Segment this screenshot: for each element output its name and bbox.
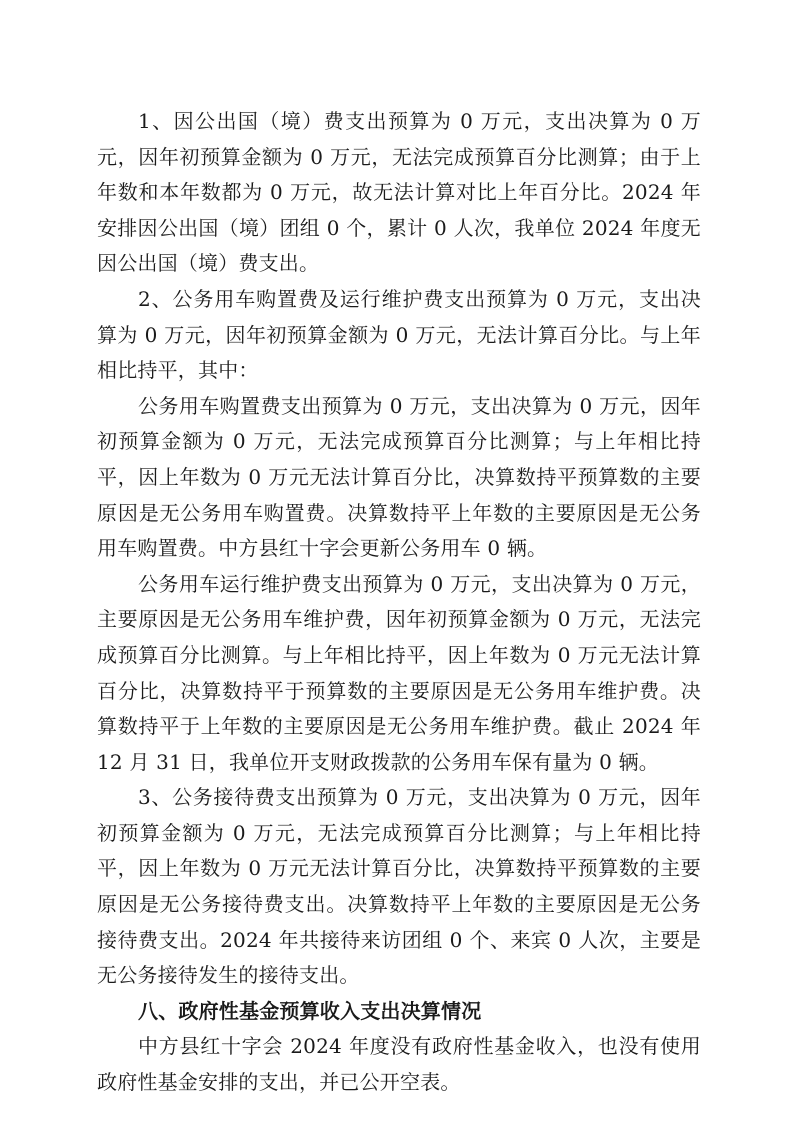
paragraph-vehicle-maintenance: 公务用车运行维护费支出预算为 0 万元，支出决算为 0 万元，主要原因是无公务用…: [97, 567, 701, 781]
paragraph-government-fund: 中方县红十字会 2024 年度没有政府性基金收入，也没有使用政府性基金安排的支出…: [97, 1029, 701, 1100]
paragraph-reception: 3、公务接待费支出预算为 0 万元，支出决算为 0 万元，因年初预算金额为 0 …: [97, 780, 701, 994]
paragraph-vehicle-purchase: 公务用车购置费支出预算为 0 万元，支出决算为 0 万元，因年初预算金额为 0 …: [97, 389, 701, 567]
document-page: 1、因公出国（境）费支出预算为 0 万元，支出决算为 0 万元，因年初预算金额为…: [97, 104, 701, 1101]
section-heading: 八、政府性基金预算收入支出决算情况: [97, 994, 701, 1030]
paragraph-overseas-travel: 1、因公出国（境）费支出预算为 0 万元，支出决算为 0 万元，因年初预算金额为…: [97, 104, 701, 282]
paragraph-vehicle-summary: 2、公务用车购置费及运行维护费支出预算为 0 万元，支出决算为 0 万元，因年初…: [97, 282, 701, 389]
